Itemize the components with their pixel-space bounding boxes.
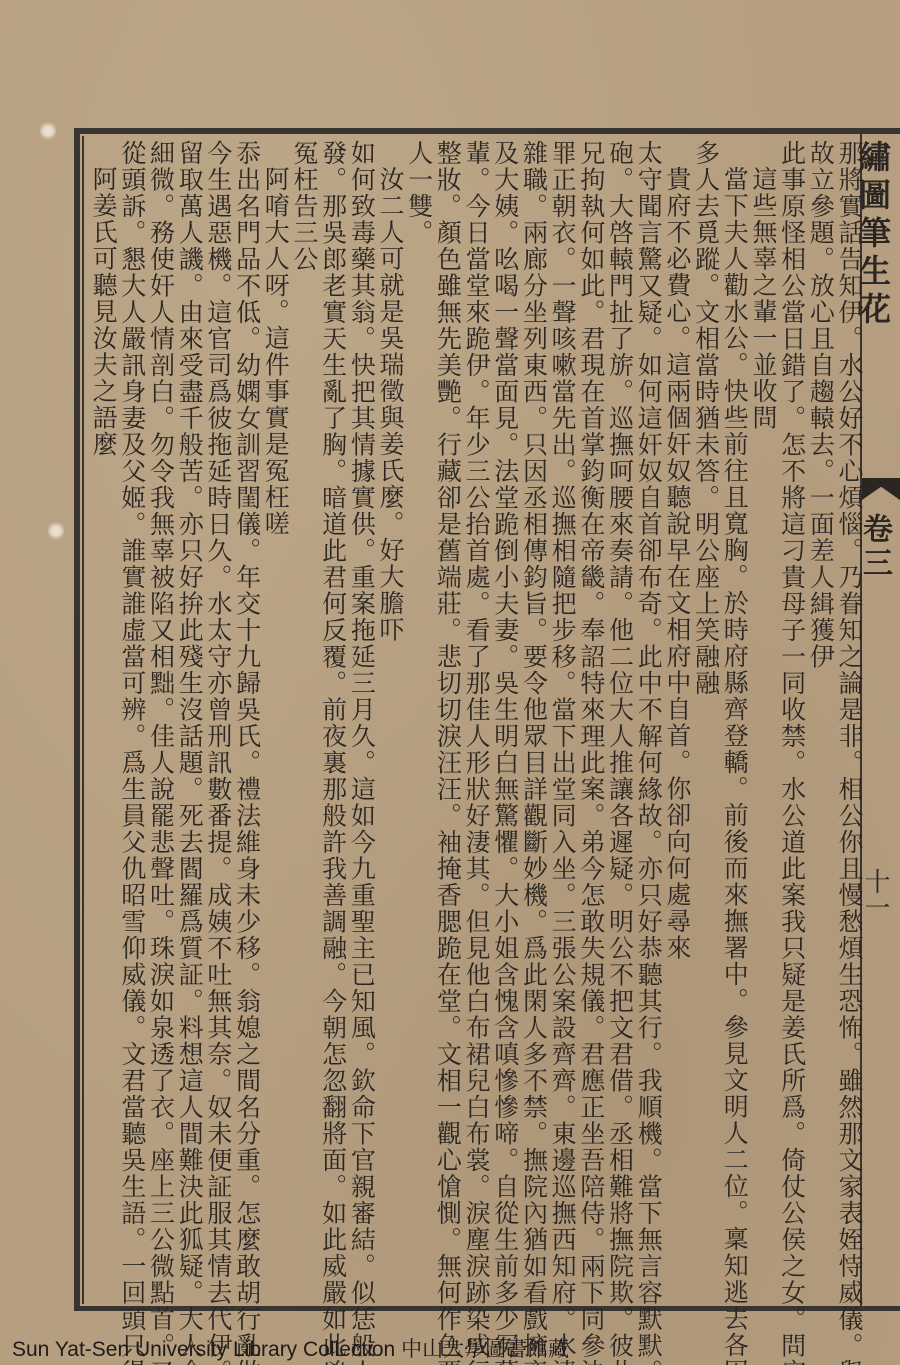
binding-hole	[40, 120, 56, 142]
text-column: 從頭訴。懇大人嚴訊身妻及父姬。誰實誰虛當可辨。爲生員父仇昭雪仰威儀。文君當聽吳生…	[118, 140, 145, 1305]
text-column: 雜職。兩廊分坐列東西。只因丞相傳鈞旨。要令他眾目詳觀斷妙機。爲此閑人多不禁。撫院…	[520, 140, 547, 1305]
text-column: 及大姨。吆喝一聲當面見。法堂跪倒小夫妻。吳生明白無驚懼。大小姐含愧含嗔慘慘啼。自…	[491, 140, 518, 1305]
text-column: 貴府不必費心。這兩個奸奴聽說早在文相府中自首。你卻向何處尋來	[663, 140, 690, 1305]
fish-tail-mark	[862, 478, 900, 500]
text-columns: 那將實話告知伊。水公好不心煩惱。乃眷知之論是非。相公你且慢愁煩生恐怖。雖然那文家…	[89, 140, 862, 1305]
text-column: 多人去覓蹤。文相當時猶未答。明公座上笑融融	[692, 140, 719, 1305]
text-column: 當下夫人勸水公。快些前往且寬胸。於時府縣齊登轎。前後而來撫署中。參見文明人二位。…	[721, 140, 748, 1305]
text-column: 故立參題。放心且自趨轅去。一面差人緝獲伊	[807, 140, 834, 1305]
text-column: 阿姜氏可聽見汝夫之語麼	[89, 140, 116, 1305]
text-column: 那將實話告知伊。水公好不心煩惱。乃眷知之論是非。相公你且慢愁煩生恐怖。雖然那文家…	[835, 140, 862, 1305]
inner-border-line	[82, 136, 84, 1304]
text-column: 整妝。顏色雖無先美艷。行藏卻是舊端莊。悲切切淚汪汪。袖掩香腮跪在堂。文相一觀心愴…	[434, 140, 461, 1305]
text-column: 輩。今日當堂來跪伊。年少三公抬首處。看了那佳人形狀好淒其。但見他白布裙兒白布裳。…	[462, 140, 489, 1305]
text-column: 忝出名門品不低。幼嫻女訓習閨儀。年交十九歸吳氏。禮法維身未少移。翁媳之間名分重。…	[233, 140, 260, 1305]
page-spine: 繡圖筆生花 卷三 十一	[860, 128, 900, 1311]
library-caption: Sun Yat-Sen University Library Collectio…	[12, 1333, 569, 1363]
text-column: 阿唷大人呀。這件事實是冤枉嗟	[262, 140, 289, 1305]
text-column: 如何致毒藥其翁。快把其情據實供。重案拖延三月久。這如今九重聖主已知風。欽命下官親…	[348, 140, 375, 1305]
text-column: 此事原怪相公當日錯了。怎不將這刁貴母子一同收禁。水公道此案我只疑是姜氏所爲。倚仗…	[778, 140, 805, 1305]
text-column: 汝二人可就是吳瑞徵與姜氏麼。好大膽吓	[376, 140, 403, 1305]
text-column: 留取萬人譏。由來受盡千般苦。亦只好拚此殘生沒話題。死去閻羅爲質証。料想這人間難決…	[176, 140, 203, 1305]
text-column: 太守聞言驚又疑。如何這奸奴自首卻布奇。此中不解何緣故。亦只好恭聽其行。我順機。當…	[635, 140, 662, 1305]
text-column: 冤枉告三公	[290, 140, 317, 1305]
binding-hole	[48, 520, 64, 542]
text-column: 這些無辜之輩一並收問	[749, 140, 776, 1305]
text-column: 人一雙。	[405, 140, 432, 1305]
text-column: 罪正朝衣。一聲咳嗽當先出。巡撫相隨把步移。當下出堂同入坐。三張公案設齊齊。東邊巡…	[548, 140, 575, 1305]
text-column: 砲。大啓轅門扯了旂。巡撫呵腰來奏請。他二位大人推讓各遲疑。明公不把文君借。丞相難…	[606, 140, 633, 1305]
text-column: 兄拘執何如此。君現在首掌鈞衡在帝畿。奉詔特來理此案。弟今怎敢失規儀。君應正坐吾陪…	[577, 140, 604, 1305]
text-column: 發。那吳郎老實天生亂了胸。暗道此君何反覆。前夜裏那般許我善調融。今朝怎忽翻將面。…	[319, 140, 346, 1305]
text-column: 細微。務使奸人情剖白。勿令我無辜被陷又相黜。佳人說罷悲聲吐。珠淚如泉透了衣。座上…	[147, 140, 174, 1305]
text-column: 今生遇惡機。這官司爲彼拖延時日久。水太守亦曾刑訊數番提。成姨不吐無其奈。奴未便証…	[204, 140, 231, 1305]
